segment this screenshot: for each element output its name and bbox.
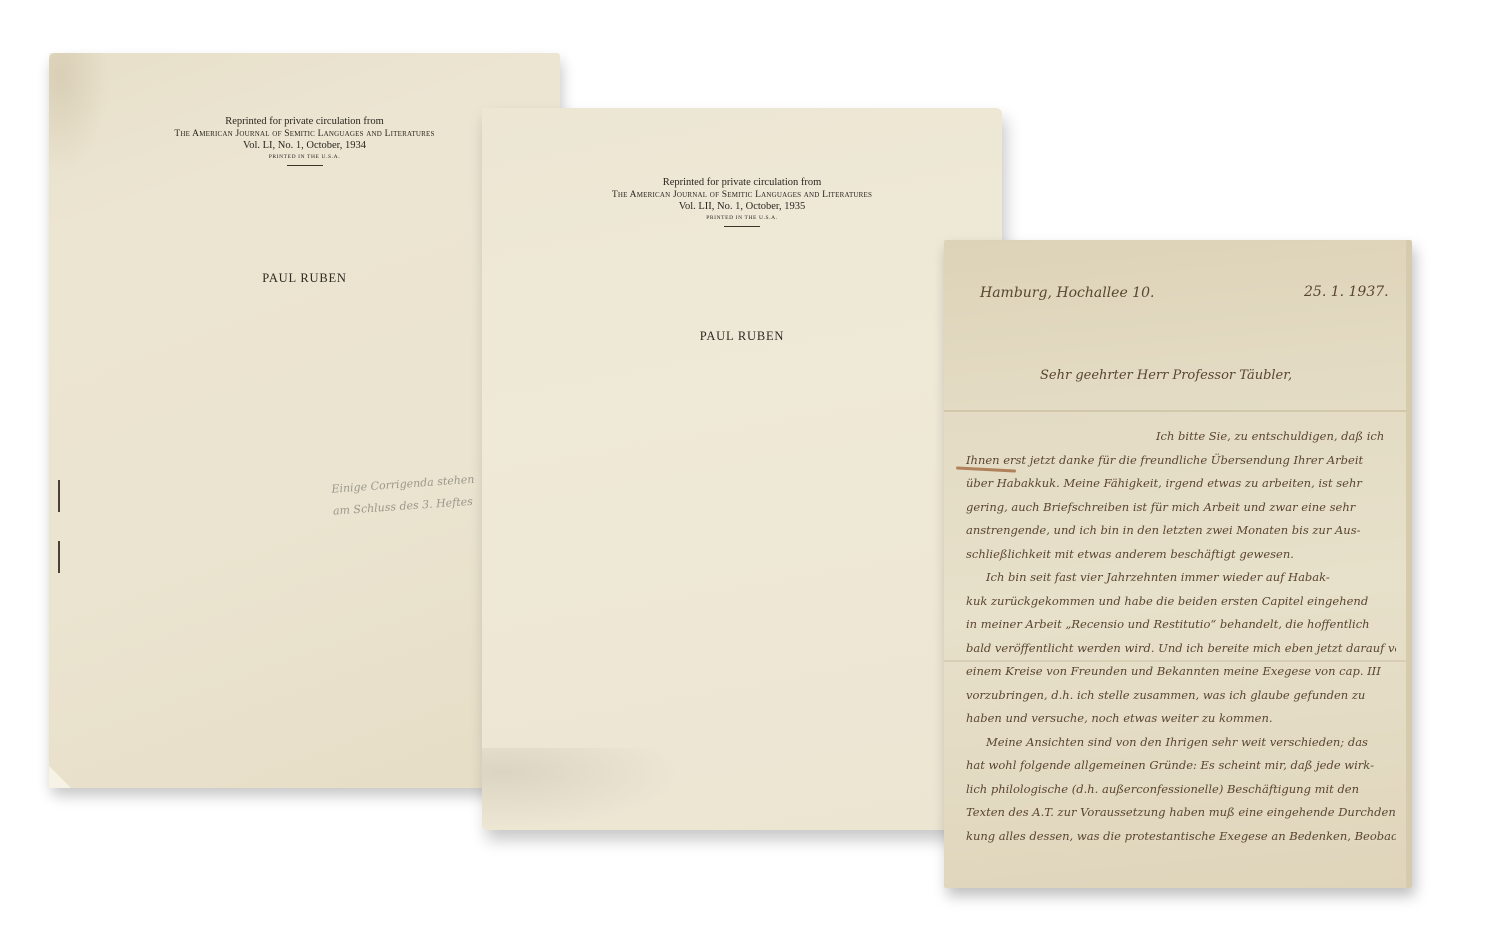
letter-date: 25. 1. 1937. xyxy=(1304,284,1389,300)
offprint-header: Reprinted for private circulation from T… xyxy=(482,177,1002,227)
reprint-line: Reprinted for private circulation from xyxy=(482,177,1002,189)
offprint-1935: Reprinted for private circulation from T… xyxy=(482,108,1002,830)
letter-line: über Habakkuk. Meine Fähigkeit, irgend e… xyxy=(966,472,1396,496)
divider-rule xyxy=(287,165,323,166)
author-name: PAUL RUBEN xyxy=(482,329,1002,344)
letter-line: anstrengende, und ich bin in den letzten… xyxy=(966,519,1396,543)
journal-title: The American Journal of Semitic Language… xyxy=(482,189,1002,201)
printed-note: PRINTED IN THE U.S.A. xyxy=(482,213,1002,223)
staple-icon xyxy=(58,480,60,512)
handwritten-letter: Hamburg, Hochallee 10. 25. 1. 1937. Sehr… xyxy=(944,240,1412,888)
volume-line: Vol. LII, No. 1, October, 1935 xyxy=(482,201,1002,213)
letter-line: gering, auch Briefschreiben ist für mich… xyxy=(966,496,1396,520)
letter-line: kung alles dessen, was die protestantisc… xyxy=(966,825,1396,849)
letter-line: vorzubringen, d.h. ich stelle zusammen, … xyxy=(966,684,1396,708)
letter-line: Meine Ansichten sind von den Ihrigen seh… xyxy=(966,731,1396,755)
letter-line: einem Kreise von Freunden und Bekannten … xyxy=(966,660,1396,684)
letter-line: haben und versuche, noch etwas weiter zu… xyxy=(966,707,1396,731)
letter-line: Ich bin seit fast vier Jahrzehnten immer… xyxy=(966,566,1396,590)
letter-line: lich philologische (d.h. außerconfession… xyxy=(966,778,1396,802)
letter-line: bald veröffentlicht werden wird. Und ich… xyxy=(966,637,1396,661)
letter-line: Texten des A.T. zur Voraussetzung haben … xyxy=(966,801,1396,825)
letter-body: Ich bitte Sie, zu entschuldigen, daß ich… xyxy=(966,425,1396,848)
letter-salutation: Sehr geehrter Herr Professor Täubler, xyxy=(1040,368,1292,383)
letter-line: schließlichkeit mit etwas anderem beschä… xyxy=(966,543,1396,567)
letter-address: Hamburg, Hochallee 10. xyxy=(980,285,1154,301)
letter-line: hat wohl folgende allgemeinen Gründe: Es… xyxy=(966,754,1396,778)
folded-corner xyxy=(49,766,71,788)
letter-line: Ihnen erst jetzt danke für die freundlic… xyxy=(966,449,1396,473)
staple-icon xyxy=(58,541,60,573)
divider-rule xyxy=(724,226,760,227)
letter-line: kuk zurückgekommen und habe die beiden e… xyxy=(966,590,1396,614)
letter-line: in meiner Arbeit „Recensio und Restituti… xyxy=(966,613,1396,637)
letter-line: Ich bitte Sie, zu entschuldigen, daß ich xyxy=(966,425,1396,449)
